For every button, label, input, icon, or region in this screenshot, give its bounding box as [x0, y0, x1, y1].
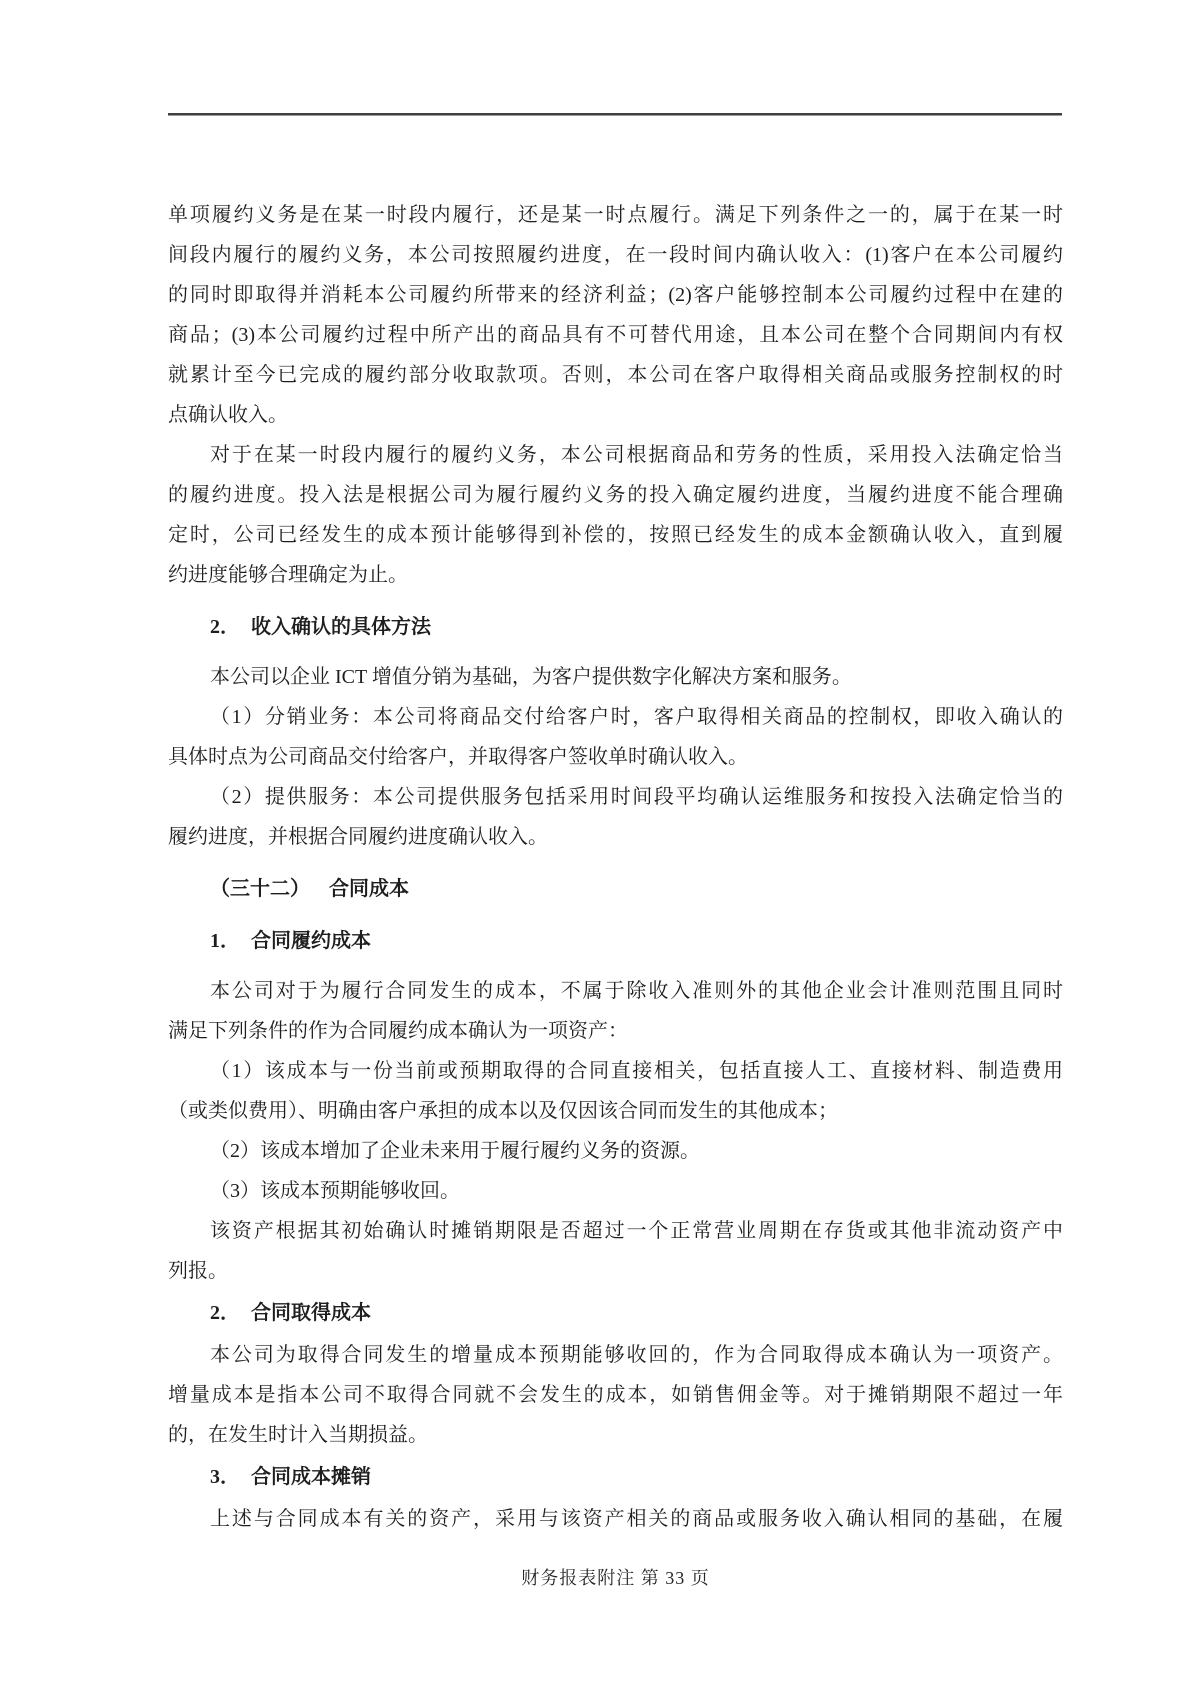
heading-title: 合同成本 — [329, 878, 409, 900]
section-heading-fulfillment-cost: 1．合同履约成本 — [168, 921, 1063, 961]
paragraph-line: （2）该成本增加了企业未来用于履行履约义务的资源。 — [168, 1131, 1063, 1171]
paragraph-line: 点确认收入。 — [168, 395, 1063, 435]
paragraph-line: 上述与合同成本有关的资产，采用与该资产相关的商品或服务收入确认相同的基础，在履 — [168, 1499, 1063, 1539]
paragraph-line: 列报。 — [168, 1251, 1063, 1291]
paragraph: 本公司对于为履行合同发生的成本，不属于除收入准则外的其他企业会计准则范围且同时 … — [168, 971, 1063, 1051]
paragraph-line: 的履约进度。投入法是根据公司为履行履约义务的投入确定履约进度，当履约进度不能合理… — [168, 475, 1063, 515]
paragraph: （1）分销业务：本公司将商品交付给客户时，客户取得相关商品的控制权，即收入确认的… — [168, 697, 1063, 777]
paragraph-line: （3）该成本预期能够收回。 — [168, 1171, 1063, 1211]
paragraph-line: 具体时点为公司商品交付给客户，并取得客户签收单时确认收入。 — [168, 737, 1063, 777]
paragraph: 单项履约义务是在某一时段内履行，还是某一时点履行。满足下列条件之一的，属于在某一… — [168, 195, 1063, 435]
document-page: 单项履约义务是在某一时段内履行，还是某一时点履行。满足下列条件之一的，属于在某一… — [0, 0, 1200, 1697]
paragraph-line: 约进度能够合理确定为止。 — [168, 555, 1063, 595]
paragraph-line: （2）提供服务：本公司提供服务包括采用时间段平均确认运维服务和按投入法确定恰当的 — [168, 777, 1063, 817]
paragraph: （2）提供服务：本公司提供服务包括采用时间段平均确认运维服务和按投入法确定恰当的… — [168, 777, 1063, 857]
paragraph-line: （1）分销业务：本公司将商品交付给客户时，客户取得相关商品的控制权，即收入确认的 — [168, 697, 1063, 737]
paragraph: 上述与合同成本有关的资产，采用与该资产相关的商品或服务收入确认相同的基础，在履 — [168, 1499, 1063, 1539]
paragraph-line: 商品；(3)本公司履约过程中所产出的商品具有不可替代用途，且本公司在整个合同期间… — [168, 315, 1063, 355]
heading-number: 1． — [210, 930, 240, 952]
paragraph-line: 间段内履行的履约义务，本公司按照履约进度，在一段时间内确认收入：(1)客户在本公… — [168, 235, 1063, 275]
heading-number: 2． — [210, 616, 240, 638]
paragraph-line: 本公司以企业 ICT 增值分销为基础，为客户提供数字化解决方案和服务。 — [168, 657, 1063, 697]
paragraph: 本公司以企业 ICT 增值分销为基础，为客户提供数字化解决方案和服务。 — [168, 657, 1063, 697]
section-heading-contract-cost: （三十二）合同成本 — [168, 869, 1063, 909]
heading-title: 合同履约成本 — [251, 930, 371, 952]
paragraph-line: 履约进度，并根据合同履约进度确认收入。 — [168, 817, 1063, 857]
heading-title: 合同成本摊销 — [251, 1466, 371, 1488]
paragraph-line: 定时，公司已经发生的成本预计能够得到补偿的，按照已经发生的成本金额确认收入，直到… — [168, 515, 1063, 555]
paragraph-line: 该资产根据其初始确认时摊销期限是否超过一个正常营业周期在存货或其他非流动资产中 — [168, 1211, 1063, 1251]
paragraph: （2）该成本增加了企业未来用于履行履约义务的资源。 — [168, 1131, 1063, 1171]
heading-number: 3． — [210, 1466, 240, 1488]
heading-number: （三十二） — [210, 878, 310, 900]
paragraph-line: 本公司对于为履行合同发生的成本，不属于除收入准则外的其他企业会计准则范围且同时 — [168, 971, 1063, 1011]
paragraph-line: 单项履约义务是在某一时段内履行，还是某一时点履行。满足下列条件之一的，属于在某一… — [168, 195, 1063, 235]
section-heading-cost-amortization: 3．合同成本摊销 — [168, 1457, 1063, 1497]
document-body: 单项履约义务是在某一时段内履行，还是某一时点履行。满足下列条件之一的，属于在某一… — [168, 195, 1063, 1539]
paragraph-line: 的，在发生时计入当期损益。 — [168, 1415, 1063, 1455]
paragraph-line: （1）该成本与一份当前或预期取得的合同直接相关，包括直接人工、直接材料、制造费用 — [168, 1051, 1063, 1091]
section-heading-revenue-method: 2．收入确认的具体方法 — [168, 607, 1063, 647]
heading-title: 合同取得成本 — [251, 1302, 371, 1324]
paragraph-line: 对于在某一时段内履行的履约义务，本公司根据商品和劳务的性质，采用投入法确定恰当 — [168, 435, 1063, 475]
section-heading-acquisition-cost: 2．合同取得成本 — [168, 1293, 1063, 1333]
page-footer: 财务报表附注 第 33 页 — [168, 1562, 1063, 1594]
paragraph: 对于在某一时段内履行的履约义务，本公司根据商品和劳务的性质，采用投入法确定恰当 … — [168, 435, 1063, 595]
paragraph: （1）该成本与一份当前或预期取得的合同直接相关，包括直接人工、直接材料、制造费用… — [168, 1051, 1063, 1131]
heading-number: 2． — [210, 1302, 240, 1324]
paragraph-line: （或类似费用）、明确由客户承担的成本以及仅因该合同而发生的其他成本； — [168, 1091, 1063, 1131]
paragraph-line: 满足下列条件的作为合同履约成本确认为一项资产： — [168, 1011, 1063, 1051]
paragraph: （3）该成本预期能够收回。 — [168, 1171, 1063, 1211]
header-rule — [168, 113, 1062, 116]
heading-title: 收入确认的具体方法 — [251, 616, 431, 638]
paragraph-line: 的同时即取得并消耗本公司履约所带来的经济利益；(2)客户能够控制本公司履约过程中… — [168, 275, 1063, 315]
paragraph: 本公司为取得合同发生的增量成本预期能够收回的，作为合同取得成本确认为一项资产。 … — [168, 1335, 1063, 1455]
paragraph-line: 就累计至今已完成的履约部分收取款项。否则，本公司在客户取得相关商品或服务控制权的… — [168, 355, 1063, 395]
paragraph-line: 增量成本是指本公司不取得合同就不会发生的成本，如销售佣金等。对于摊销期限不超过一… — [168, 1375, 1063, 1415]
paragraph-line: 本公司为取得合同发生的增量成本预期能够收回的，作为合同取得成本确认为一项资产。 — [168, 1335, 1063, 1375]
paragraph: 该资产根据其初始确认时摊销期限是否超过一个正常营业周期在存货或其他非流动资产中 … — [168, 1211, 1063, 1291]
